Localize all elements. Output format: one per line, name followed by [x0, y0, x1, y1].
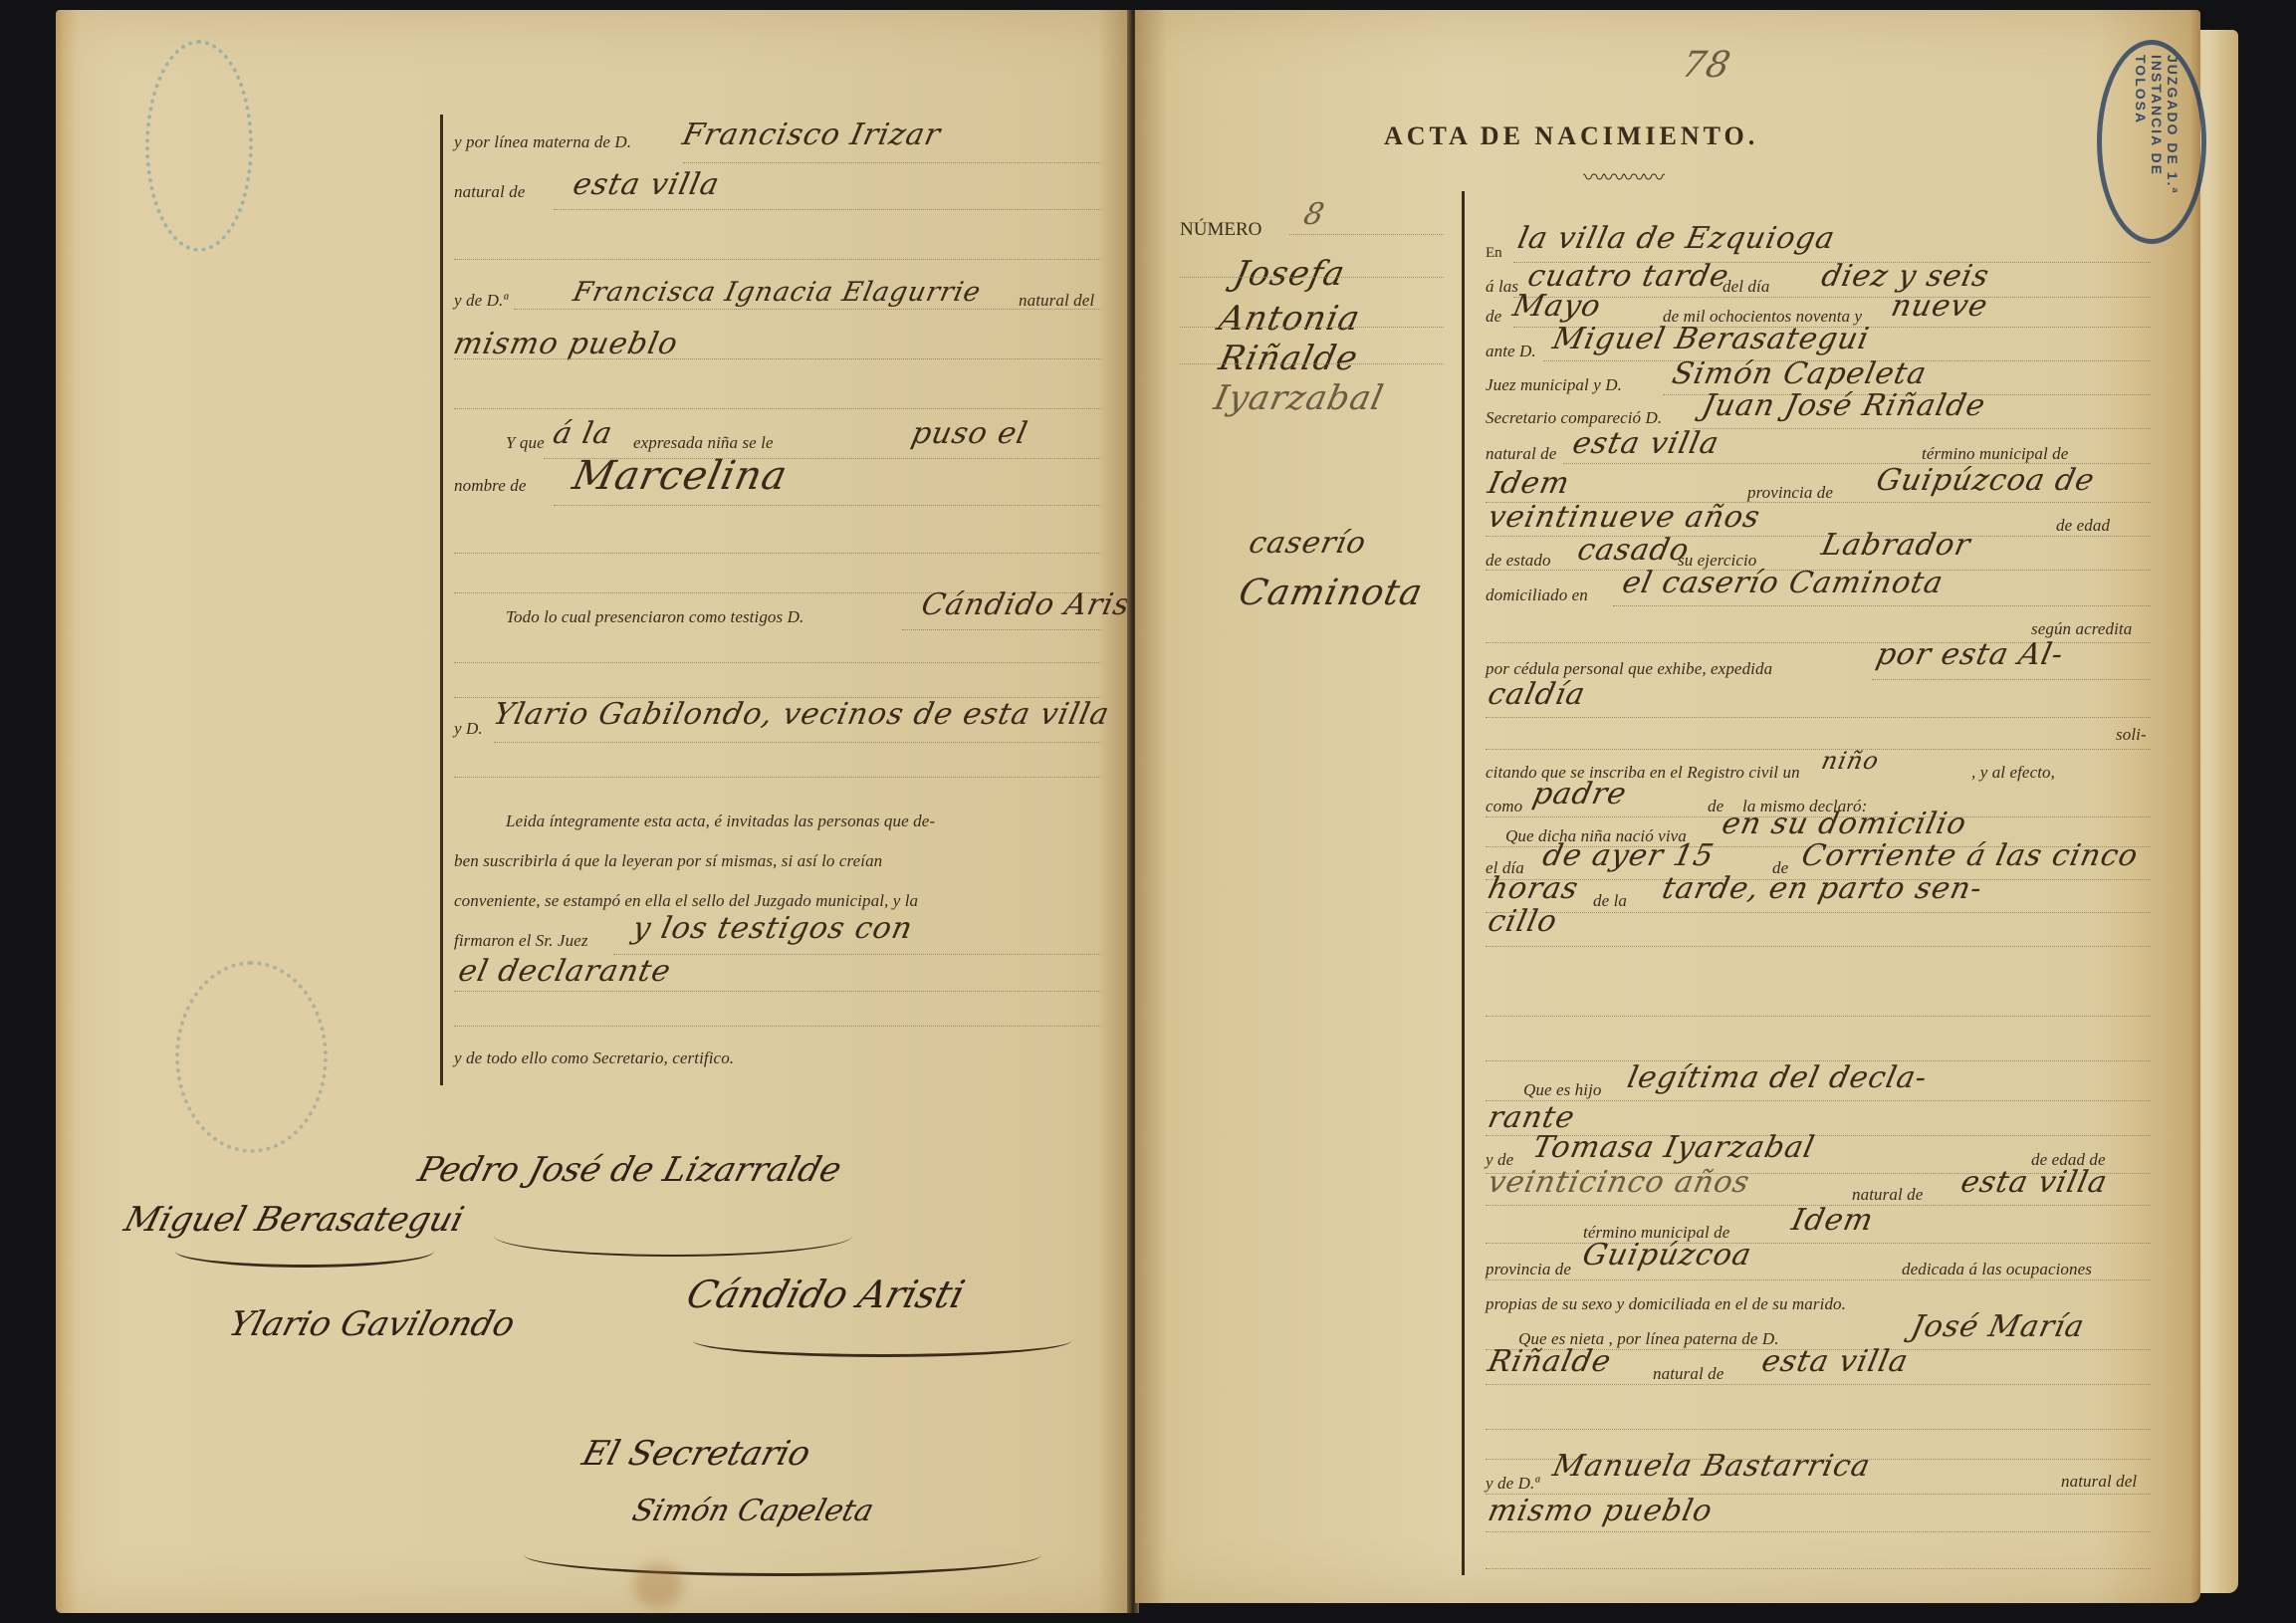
- place-line-2: Caminota: [1236, 573, 1427, 613]
- handwritten-secretary: Simón Capeleta: [1669, 356, 1930, 391]
- child-name-line-1: Josefa: [1231, 254, 1349, 294]
- label-de-edad: de edad: [2056, 516, 2110, 536]
- label-comparecio: Secretario compareció D.: [1486, 408, 1662, 428]
- label-y-que: Y que: [506, 433, 545, 453]
- handwritten-birthplace: en su domicilio: [1719, 807, 1969, 841]
- label-de: de: [1486, 307, 1501, 327]
- label-hijo: Que es hijo: [1523, 1080, 1602, 1100]
- handwritten-grandfather: José María: [1908, 1309, 2088, 1344]
- signature-berasategui: Miguel Berasategui: [120, 1200, 469, 1240]
- handwritten-month: Mayo: [1509, 289, 1604, 324]
- signature-aristi: Cándido Aristi: [682, 1273, 969, 1316]
- label-ocupaciones: dedicada á las ocupaciones: [1902, 1260, 2092, 1279]
- closing-line-3: conveniente, se estampó en ella el sello…: [454, 891, 918, 911]
- label-natural-del: natural del: [1019, 291, 1094, 311]
- label-maternal-grandmother: y de D.ª: [454, 291, 508, 311]
- signature-capeleta: Simón Capeleta: [628, 1494, 877, 1528]
- handwritten-grandmother: Manuela Bastarrica: [1549, 1449, 1874, 1484]
- handwritten-natural: esta villa: [570, 167, 723, 202]
- label-de: de: [1708, 797, 1723, 816]
- handwritten-tarde: tarde, en parto sen-: [1659, 871, 1985, 906]
- label-del-dia: del día: [1722, 277, 1769, 297]
- label-y-de-da: y de D.ª: [1486, 1474, 1539, 1494]
- label-al-efecto: , y al efecto,: [1971, 763, 2055, 783]
- closing-certify: y de todo ello como Secretario, certific…: [454, 1048, 734, 1068]
- label-y-d: y D.: [454, 719, 483, 739]
- faded-seal-icon: [175, 961, 328, 1153]
- handwritten-grandfather-surname: Riñalde: [1485, 1344, 1614, 1379]
- handwritten-mother-natural: esta villa: [1957, 1165, 2111, 1200]
- label-domiciliado: domiciliado en: [1486, 585, 1588, 605]
- closing-line-2: ben suscribirla á que la leyeran por sí …: [454, 851, 882, 871]
- label-cedula: por cédula personal que exhibe, expedida: [1486, 659, 1772, 679]
- handwritten-maternal-grandmother: Francisca Ignacia Elagurrie: [571, 277, 985, 308]
- handwritten-marital: casado: [1574, 533, 1693, 568]
- column-rule: [1462, 191, 1465, 1575]
- folio-number: 78: [1679, 45, 1735, 86]
- label-expresada-nina: expresada niña se le: [633, 433, 774, 453]
- handwritten-expedida: por esta Al-: [1873, 637, 2067, 672]
- handwritten-birth-month: Corriente á las cinco: [1798, 838, 2142, 873]
- signature-secretario: El Secretario: [578, 1434, 815, 1474]
- handwritten-declarant: Juan José Riñalde: [1699, 388, 1988, 423]
- label-numero: NÚMERO: [1180, 219, 1262, 241]
- handwritten-mother-age: veinticinco años: [1485, 1165, 1753, 1200]
- signature-lizarralde: Pedro José de Lizarralde: [414, 1150, 846, 1190]
- label-registro-civil: citando que se inscriba en el Registro c…: [1486, 763, 1800, 783]
- handwritten-mother-provincia: Guipúzcoa: [1579, 1238, 1754, 1273]
- label-estado: de estado: [1486, 551, 1551, 571]
- handwritten-termino: Idem: [1485, 466, 1573, 501]
- handwritten-age: veintinueve años: [1485, 500, 1763, 535]
- child-name-line-4: Iyarzabal: [1211, 378, 1388, 418]
- handwritten-sencillo: cillo: [1485, 904, 1560, 939]
- label-a-las: á las: [1486, 277, 1518, 297]
- record-number: 8: [1300, 197, 1328, 232]
- handwritten-grandmother-natural: mismo pueblo: [1485, 1494, 1716, 1528]
- label-natural: natural de: [454, 182, 525, 202]
- left-page: y por línea materna de D. Francisco Iriz…: [56, 10, 1131, 1613]
- label-en: En: [1486, 245, 1502, 262]
- handwritten-declarante: el declarante: [455, 954, 674, 989]
- label-natural-de-3: natural de: [1653, 1364, 1723, 1384]
- label-provincia-2: provincia de: [1486, 1260, 1571, 1279]
- handwritten-domicile: el caserío Caminota: [1619, 566, 1947, 600]
- ornament-icon: 〰〰〰〰: [1583, 161, 1663, 192]
- handwritten-testigos: y los testigos con: [629, 911, 916, 946]
- label-natural-del-2: natural del: [2061, 1472, 2137, 1492]
- handwritten-maternal-grandfather: Francisco Irizar: [679, 117, 944, 152]
- right-page: 78 ACTA DE NACIMIENTO. 〰〰〰〰 JUZGADO DE 1…: [1135, 10, 2200, 1603]
- handwritten-year: nueve: [1888, 289, 1991, 324]
- child-name-line-2: Antonia: [1216, 299, 1364, 339]
- label-de-la: de la: [1593, 891, 1627, 911]
- handwritten-child-name: Marcelina: [569, 453, 792, 499]
- handwritten-puso-el: puso el: [908, 416, 1031, 451]
- handwritten-nino: niño: [1819, 747, 1882, 775]
- handwritten-mother-termino: Idem: [1788, 1203, 1877, 1238]
- label-soli: soli-: [2116, 725, 2147, 745]
- handwritten-birth-day: de ayer 15: [1539, 838, 1718, 873]
- label-nombre-de: nombre de: [454, 476, 527, 496]
- label-termino: término municipal de: [1922, 444, 2068, 464]
- child-name-line-3: Riñalde: [1216, 339, 1362, 378]
- label-natural-de: natural de: [1486, 444, 1556, 464]
- handwritten-a-la: á la: [550, 416, 615, 451]
- signature-gavilondo: Ylario Gavilondo: [225, 1304, 520, 1344]
- handwritten-natural-pueblo: mismo pueblo: [450, 327, 681, 361]
- handwritten-horas: horas: [1485, 871, 1581, 906]
- handwritten-natural: esta villa: [1569, 426, 1722, 461]
- handwritten-witness-2: Ylario Gabilondo, vecinos de esta villa: [490, 697, 1112, 732]
- closing-line-1: Leida íntegramente esta acta, é invitada…: [506, 811, 935, 831]
- label-natural-de-2: natural de: [1852, 1185, 1923, 1205]
- label-como: como: [1486, 797, 1522, 816]
- label-witnesses: Todo lo cual presenciaron como testigos …: [506, 607, 804, 627]
- handwritten-mother: Tomasa Iyarzabal: [1529, 1130, 1818, 1165]
- faded-stamp-icon: [145, 40, 253, 252]
- place-line-1: caserío: [1246, 526, 1369, 561]
- handwritten-expedida-2: caldía: [1485, 677, 1588, 712]
- open-register-book: y por línea materna de D. Francisco Iriz…: [56, 10, 2236, 1613]
- stamp-text: JUZGADO DE 1.ª INSTANCIA DE TOLOSA: [2133, 55, 2181, 224]
- document-title: ACTA DE NACIMIENTO.: [1384, 121, 1758, 151]
- handwritten-provincia: Guipúzcoa de: [1873, 463, 2098, 498]
- label-segun-acredita: según acredita: [2031, 619, 2132, 639]
- handwritten-place: la villa de Ezquioga: [1514, 221, 1838, 256]
- column-rule: [440, 115, 443, 1085]
- label-juez-municipal: Juez municipal y D.: [1486, 375, 1622, 395]
- label-maternal-grandfather: y por línea materna de D.: [454, 132, 631, 152]
- handwritten-grandfather-natural: esta villa: [1758, 1344, 1912, 1379]
- label-propias: propias de su sexo y domiciliada en el d…: [1486, 1294, 1846, 1314]
- handwritten-judge: Miguel Berasategui: [1549, 322, 1872, 356]
- handwritten-witness-1: Cándido Aristi: [918, 587, 1157, 622]
- closing-line-4: firmaron el Sr. Juez: [454, 931, 588, 951]
- handwritten-padre: padre: [1529, 777, 1630, 811]
- handwritten-occupation: Labrador: [1818, 528, 1973, 563]
- handwritten-legitima: legítima del decla-: [1624, 1060, 1931, 1095]
- label-ante-d: ante D.: [1486, 342, 1536, 361]
